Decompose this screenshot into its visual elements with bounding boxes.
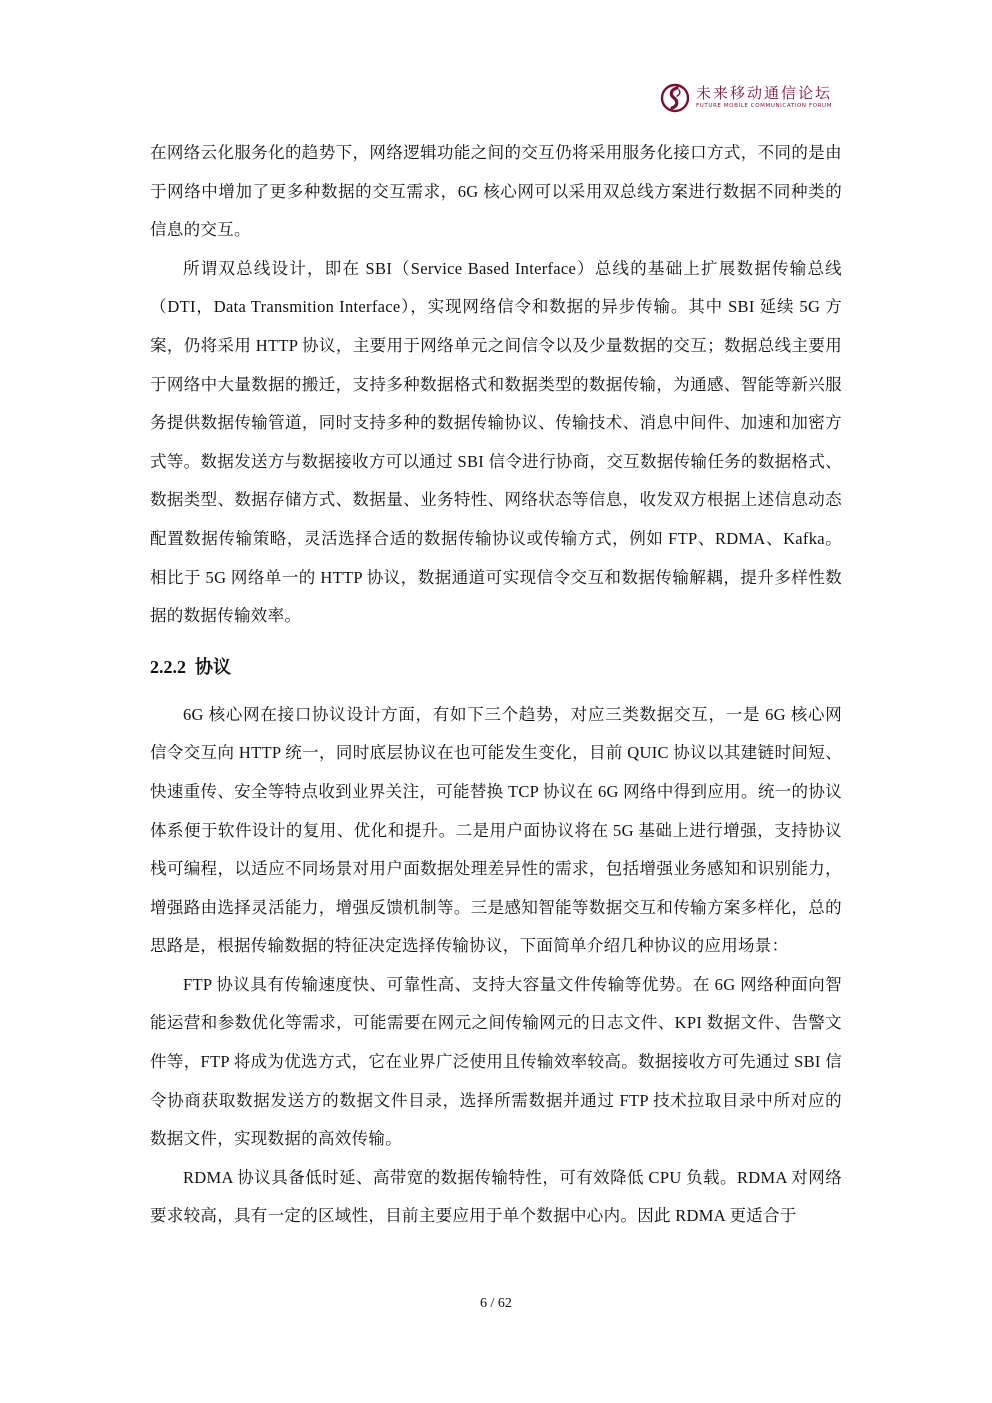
document-body: 在网络云化服务化的趋势下，网络逻辑功能之间的交互仍将采用服务化接口方式，不同的是… (150, 134, 842, 1236)
logo-english-name: FUTURE MOBILE COMMUNICATION FORUM (696, 104, 832, 110)
forum-logo-icon (660, 83, 690, 113)
paragraph: FTP 协议具有传输速度快、可靠性高、支持大容量文件传输等优势。在 6G 网络种… (150, 966, 842, 1159)
paragraph: 所谓双总线设计，即在 SBI（Service Based Interface）总… (150, 250, 842, 636)
page-number: 6 / 62 (0, 1296, 992, 1312)
header-logo: 未来移动通信论坛 FUTURE MOBILE COMMUNICATION FOR… (660, 80, 850, 116)
paragraph: 6G 核心网在接口协议设计方面，有如下三个趋势，对应三类数据交互，一是 6G 核… (150, 696, 842, 966)
logo-text: 未来移动通信论坛 FUTURE MOBILE COMMUNICATION FOR… (696, 86, 832, 110)
logo-chinese-name: 未来移动通信论坛 (696, 86, 832, 101)
paragraph: RDMA 协议具备低时延、高带宽的数据传输特性，可有效降低 CPU 负载。RDM… (150, 1159, 842, 1236)
section-title: 协议 (195, 657, 231, 677)
section-heading: 2.2.2 协议 (150, 650, 842, 684)
paragraph: 在网络云化服务化的趋势下，网络逻辑功能之间的交互仍将采用服务化接口方式，不同的是… (150, 134, 842, 250)
section-number: 2.2.2 (150, 657, 186, 677)
